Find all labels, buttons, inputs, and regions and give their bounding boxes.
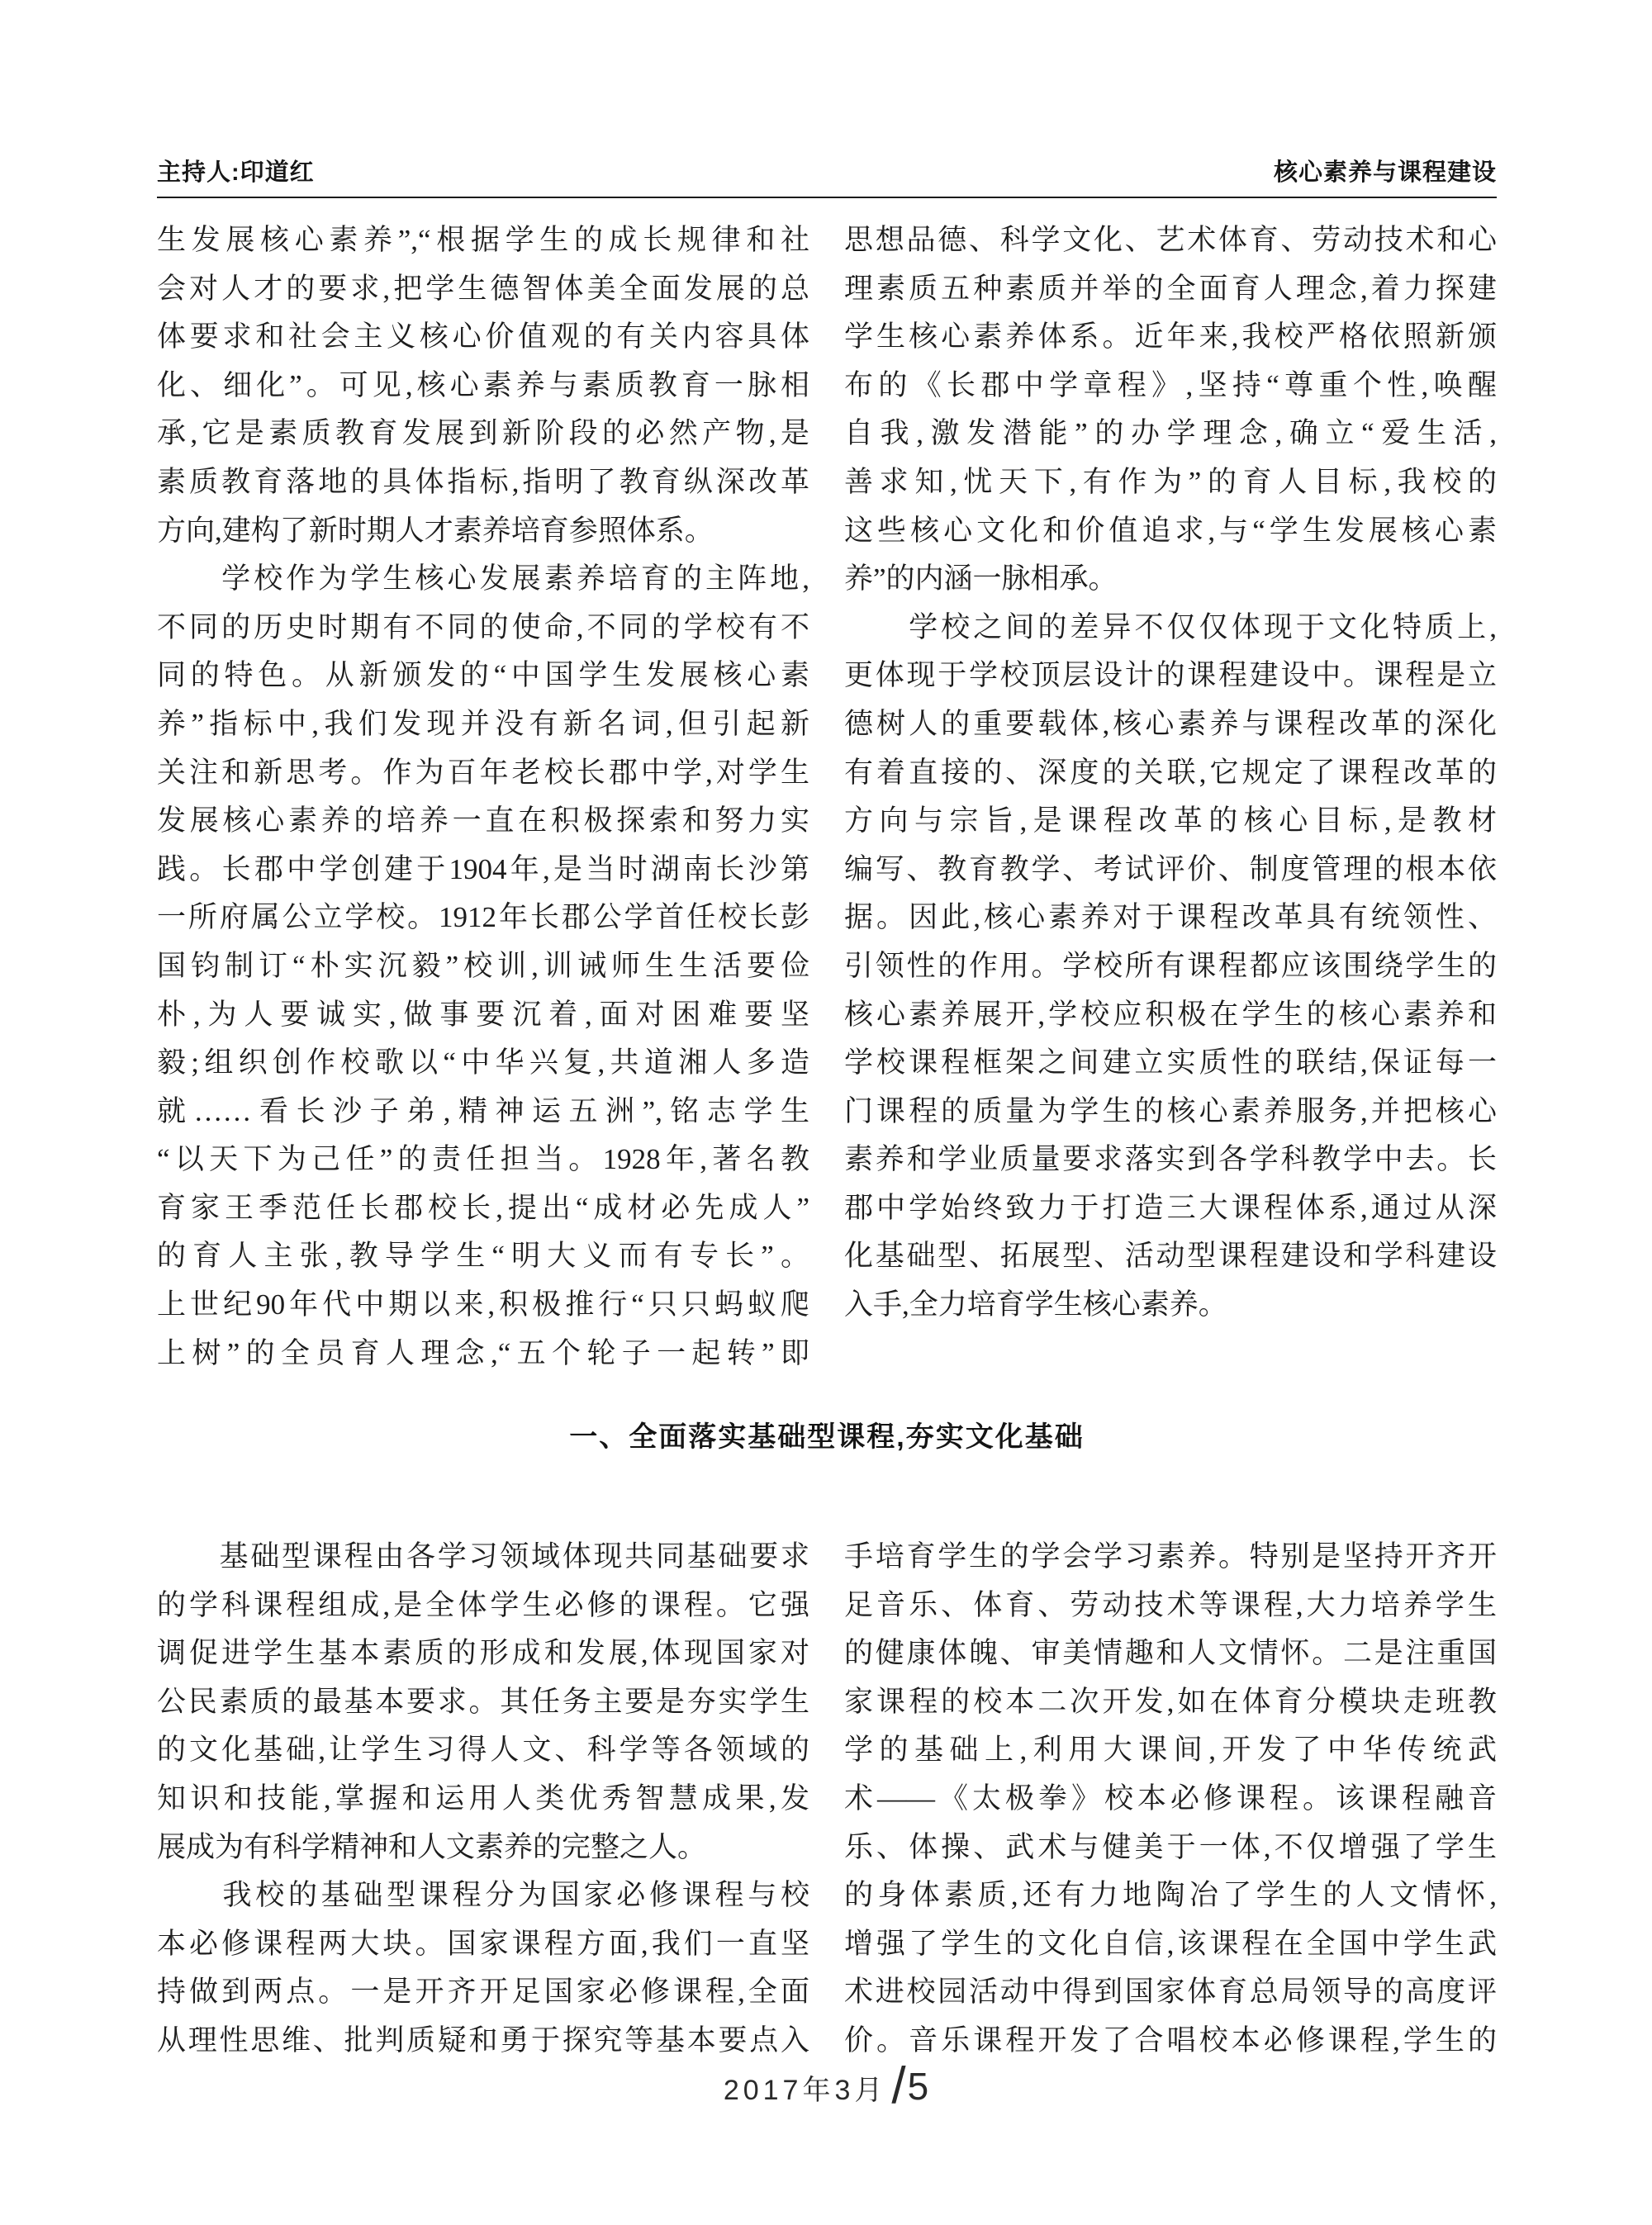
text-line: 本必修课程两大块。国家课程方面,我们一直坚 (157, 1920, 809, 1969)
text-line: 知识和技能,掌握和运用人类优秀智慧成果,发 (157, 1775, 809, 1824)
text-line: 的育人主张,教导学生“明大义而有专长”。 (157, 1232, 809, 1281)
upper-left-column: 生发展核心素养”,“根据学生的成长规律和社会对人才的要求,把学生德智体美全面发展… (157, 216, 809, 1378)
text-line: 德树人的重要载体,核心素养与课程改革的深化 (844, 700, 1497, 749)
text-line: 素养和学业质量要求落实到各学科教学中去。长 (844, 1136, 1497, 1184)
text-line: 朴,为人要诚实,做事要沉着,面对困难要坚 (157, 991, 809, 1040)
upper-right-column: 思想品德、科学文化、艺术体育、劳动技术和心理素质五种素质并举的全面育人理念,着力… (844, 216, 1497, 1378)
text-line: 的健康体魄、审美情趣和人文情怀。二是注重国 (844, 1630, 1497, 1678)
text-line: 术进校园活动中得到国家体育总局领导的高度评 (844, 1968, 1497, 2017)
header-moderator: 主持人:印道红 (157, 154, 315, 187)
footer-date: 2017年3月 (724, 2067, 887, 2108)
text-line: 思想品德、科学文化、艺术体育、劳动技术和心 (844, 216, 1497, 265)
text-line: 编写、教育教学、考试评价、制度管理的根本依 (844, 846, 1497, 894)
text-line: 会对人才的要求,把学生德智体美全面发展的总 (157, 265, 809, 314)
upper-text-section: 生发展核心素养”,“根据学生的成长规律和社会对人才的要求,把学生德智体美全面发展… (157, 216, 1497, 1378)
text-line: 乐、体操、武术与健美于一体,不仅增强了学生 (844, 1824, 1497, 1872)
text-line: 不同的历史时期有不同的使命,不同的学校有不 (157, 604, 809, 652)
text-line: 体要求和社会主义核心价值观的有关内容具体 (157, 313, 809, 362)
text-line: 善求知,忧天下,有作为”的育人目标,我校的 (844, 458, 1497, 507)
text-line: 核心素养展开,学校应积极在学生的核心素养和 (844, 991, 1497, 1040)
text-line: 就……看长沙子弟,精神运五洲”,铭志学生 (157, 1088, 809, 1136)
text-line: 践。长郡中学创建于1904年,是当时湖南长沙第 (157, 846, 809, 894)
text-line: 增强了学生的文化自信,该课程在全国中学生武 (844, 1920, 1497, 1969)
text-line: 门课程的质量为学生的核心素养服务,并把核心 (844, 1088, 1497, 1136)
lower-right-column: 手培育学生的学会学习素养。特别是坚持开齐开足音乐、体育、劳动技术等课程,大力培养… (844, 1533, 1497, 2066)
text-line: 方向与宗旨,是课程改革的核心目标,是教材 (844, 797, 1497, 846)
text-line: 入手,全力培育学生核心素养。 (844, 1281, 1497, 1330)
footer-page-number: 5 (908, 2064, 929, 2109)
text-line: 上树”的全员育人理念,“五个轮子一起转”即 (157, 1330, 809, 1378)
text-line: 的文化基础,让学生习得人文、科学等各领域的 (157, 1726, 809, 1775)
text-line: 公民素质的最基本要求。其任务主要是夯实学生 (157, 1678, 809, 1727)
lower-text-section: 基础型课程由各学习领域体现共同基础要求的学科课程组成,是全体学生必修的课程。它强… (157, 1533, 1497, 2066)
text-line: 方向,建构了新时期人才素养培育参照体系。 (157, 507, 809, 556)
text-line: 的身体素质,还有力地陶冶了学生的人文情怀, (844, 1872, 1497, 1920)
lower-left-column: 基础型课程由各学习领域体现共同基础要求的学科课程组成,是全体学生必修的课程。它强… (157, 1533, 809, 2066)
text-line: 自我,激发潜能”的办学理念,确立“爱生活, (844, 410, 1497, 458)
text-line: 育家王季范任长郡校长,提出“成材必先成人” (157, 1184, 809, 1233)
header-column-title: 核心素养与课程建设 (1274, 154, 1497, 187)
text-line: 国钧制订“朴实沉毅”校训,训诫师生生活要俭 (157, 942, 809, 991)
text-line: 同的特色。从新颁发的“中国学生发展核心素 (157, 652, 809, 700)
text-line: 术——《太极拳》校本必修课程。该课程融音 (844, 1775, 1497, 1824)
text-line: 化、细化”。可见,核心素养与素质教育一脉相 (157, 362, 809, 410)
text-line: 学生核心素养体系。近年来,我校严格依照新颁 (844, 313, 1497, 362)
text-line: 承,它是素质教育发展到新阶段的必然产物,是 (157, 410, 809, 458)
text-line: 这些核心文化和价值追求,与“学生发展核心素 (844, 507, 1497, 556)
text-line: 发展核心素养的培养一直在积极探索和努力实 (157, 797, 809, 846)
text-line: 上世纪90年代中期以来,积极推行“只只蚂蚁爬 (157, 1281, 809, 1330)
text-line: 调促进学生基本素质的形成和发展,体现国家对 (157, 1630, 809, 1678)
page-header: 主持人:印道红 核心素养与课程建设 (157, 154, 1497, 187)
text-line: 足音乐、体育、劳动技术等课程,大力培养学生 (844, 1582, 1497, 1630)
text-line: 学校之间的差异不仅仅体现于文化特质上, (844, 604, 1497, 652)
page-footer: 2017年3月 / 5 (0, 2053, 1652, 2119)
text-line: 的学科课程组成,是全体学生必修的课程。它强 (157, 1582, 809, 1630)
header-rule (157, 197, 1497, 198)
text-line: 更体现于学校顶层设计的课程建设中。课程是立 (844, 652, 1497, 700)
text-line: 引领性的作用。学校所有课程都应该围绕学生的 (844, 942, 1497, 991)
text-line: 我校的基础型课程分为国家必修课程与校 (157, 1872, 809, 1920)
text-line: 学的基础上,利用大课间,开发了中华传统武 (844, 1726, 1497, 1775)
text-line: 学校作为学生核心发展素养培育的主阵地, (157, 555, 809, 604)
text-line: 化基础型、拓展型、活动型课程建设和学科建设 (844, 1232, 1497, 1281)
text-line: “以天下为己任”的责任担当。1928年,著名教 (157, 1136, 809, 1184)
text-line: 基础型课程由各学习领域体现共同基础要求 (157, 1533, 809, 1582)
document-page: 主持人:印道红 核心素养与课程建设 生发展核心素养”,“根据学生的成长规律和社会… (0, 0, 1652, 2225)
text-line: 持做到两点。一是开齐开足国家必修课程,全面 (157, 1968, 809, 2017)
text-line: 一所府属公立学校。1912年长郡公学首任校长彭 (157, 894, 809, 942)
text-line: 据。因此,核心素养对于课程改革具有统领性、 (844, 894, 1497, 942)
text-line: 养”的内涵一脉相承。 (844, 555, 1497, 604)
section-heading: 一、全面落实基础型课程,夯实文化基础 (157, 1414, 1497, 1454)
text-line: 养”指标中,我们发现并没有新名词,但引起新 (157, 700, 809, 749)
text-line: 关注和新思考。作为百年老校长郡中学,对学生 (157, 749, 809, 798)
text-line: 理素质五种素质并举的全面育人理念,着力探建 (844, 265, 1497, 314)
text-line: 展成为有科学精神和人文素养的完整之人。 (157, 1824, 809, 1872)
text-line: 素质教育落地的具体指标,指明了教育纵深改革 (157, 458, 809, 507)
text-line: 家课程的校本二次开发,如在体育分模块走班教 (844, 1678, 1497, 1727)
text-line: 手培育学生的学会学习素养。特别是坚持开齐开 (844, 1533, 1497, 1582)
footer-slash: / (891, 2057, 905, 2115)
text-line: 有着直接的、深度的关联,它规定了课程改革的 (844, 749, 1497, 798)
text-line: 郡中学始终致力于打造三大课程体系,通过从深 (844, 1184, 1497, 1233)
text-line: 生发展核心素养”,“根据学生的成长规律和社 (157, 216, 809, 265)
text-line: 学校课程框架之间建立实质性的联结,保证每一 (844, 1039, 1497, 1088)
text-line: 毅;组织创作校歌以“中华兴复,共道湘人多造 (157, 1039, 809, 1088)
text-line: 布的《长郡中学章程》,坚持“尊重个性,唤醒 (844, 362, 1497, 410)
